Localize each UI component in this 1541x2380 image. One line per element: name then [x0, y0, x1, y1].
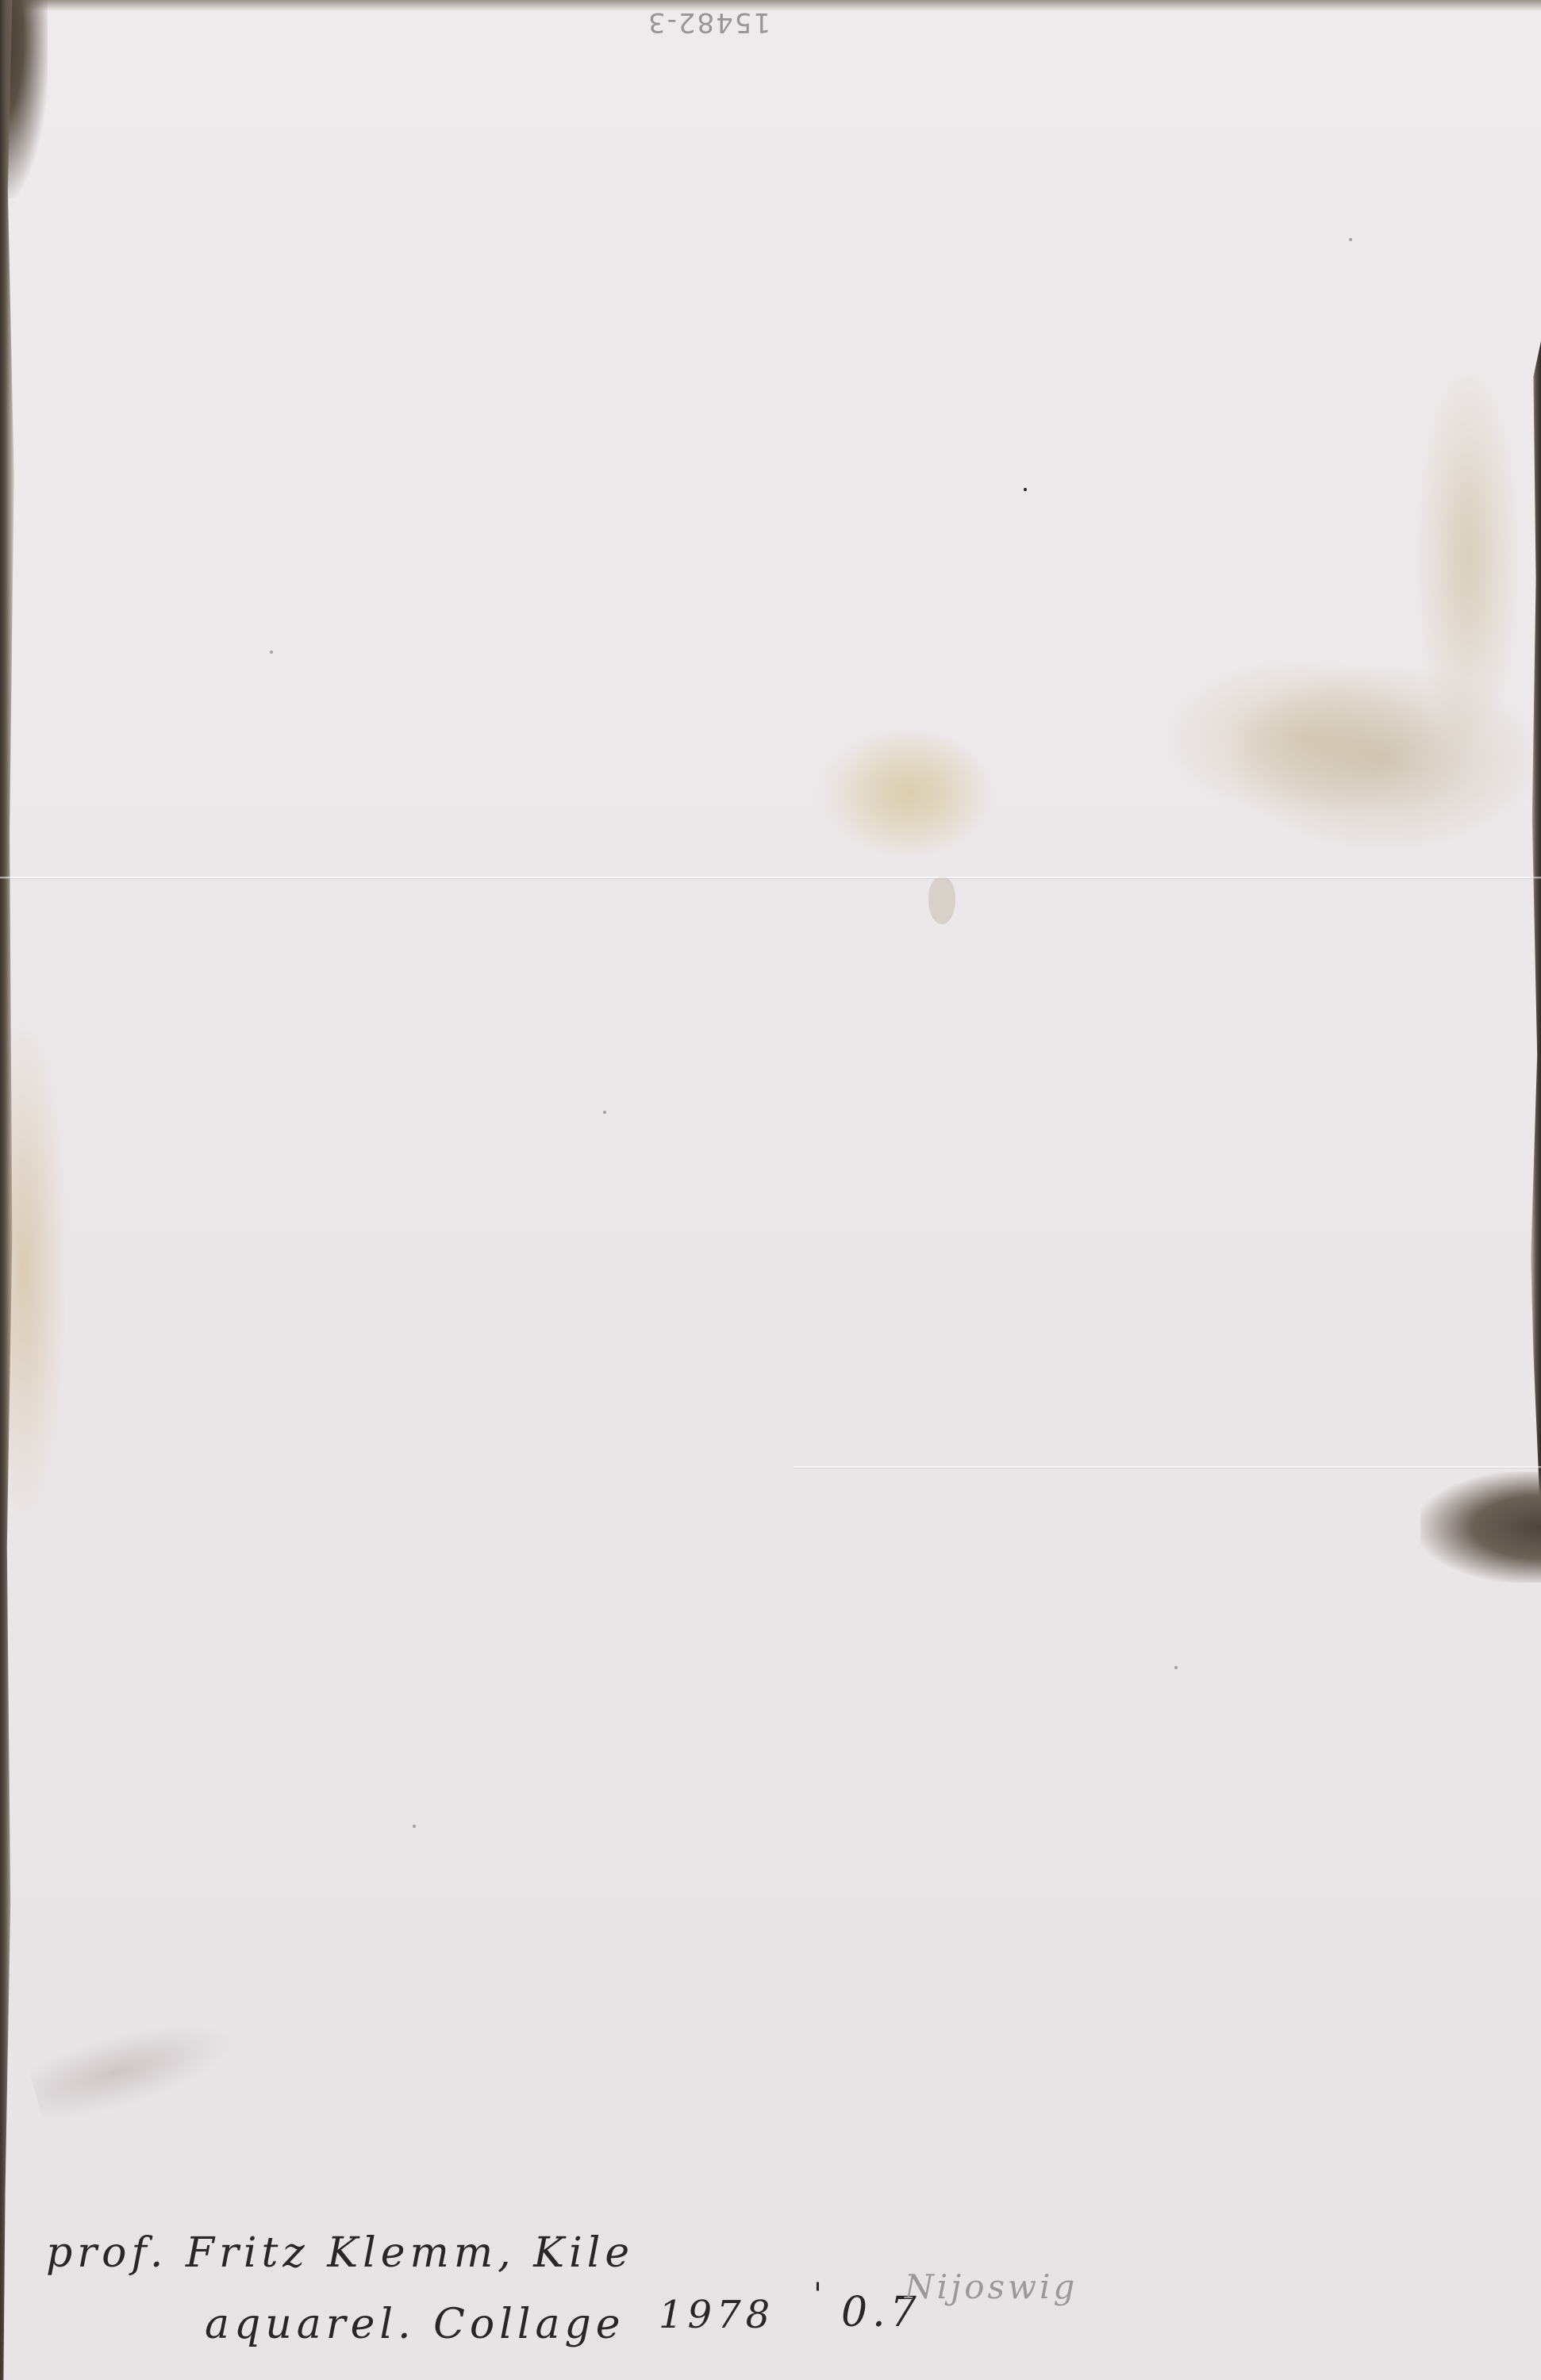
dust-speck — [270, 651, 273, 654]
dirt-smudge-bottom-left — [26, 2004, 244, 2129]
inscription-artist-line: prof. Fritz Klemm, Kile — [46, 2229, 634, 2277]
inscription-date: 1978 — [659, 2293, 774, 2337]
right-edge-tear — [1420, 1472, 1541, 1583]
pencil-inscription: Nijoswig — [905, 2267, 1078, 2306]
inventory-number: 15482-3 — [647, 6, 770, 38]
dust-speck — [1174, 1666, 1178, 1669]
water-drip — [928, 877, 955, 924]
inscription-medium-line: aquarel. Collage — [205, 2301, 625, 2348]
dust-speck — [1349, 238, 1352, 241]
fold-line-upper — [0, 877, 1541, 878]
ink-dot — [1024, 488, 1027, 491]
left-edge-damage — [0, 0, 17, 2380]
dust-speck — [413, 1825, 416, 1828]
paper-sheet: 15482-3 prof. Fritz Klemm, Kile aquarel.… — [0, 0, 1541, 2380]
right-edge-damage — [1528, 341, 1541, 1531]
inscription-tick: ' — [813, 2277, 827, 2313]
fold-line-lower — [794, 1466, 1541, 1468]
water-stain-right — [1190, 619, 1541, 873]
dust-speck — [603, 1111, 606, 1114]
water-stain-middle — [833, 730, 992, 857]
